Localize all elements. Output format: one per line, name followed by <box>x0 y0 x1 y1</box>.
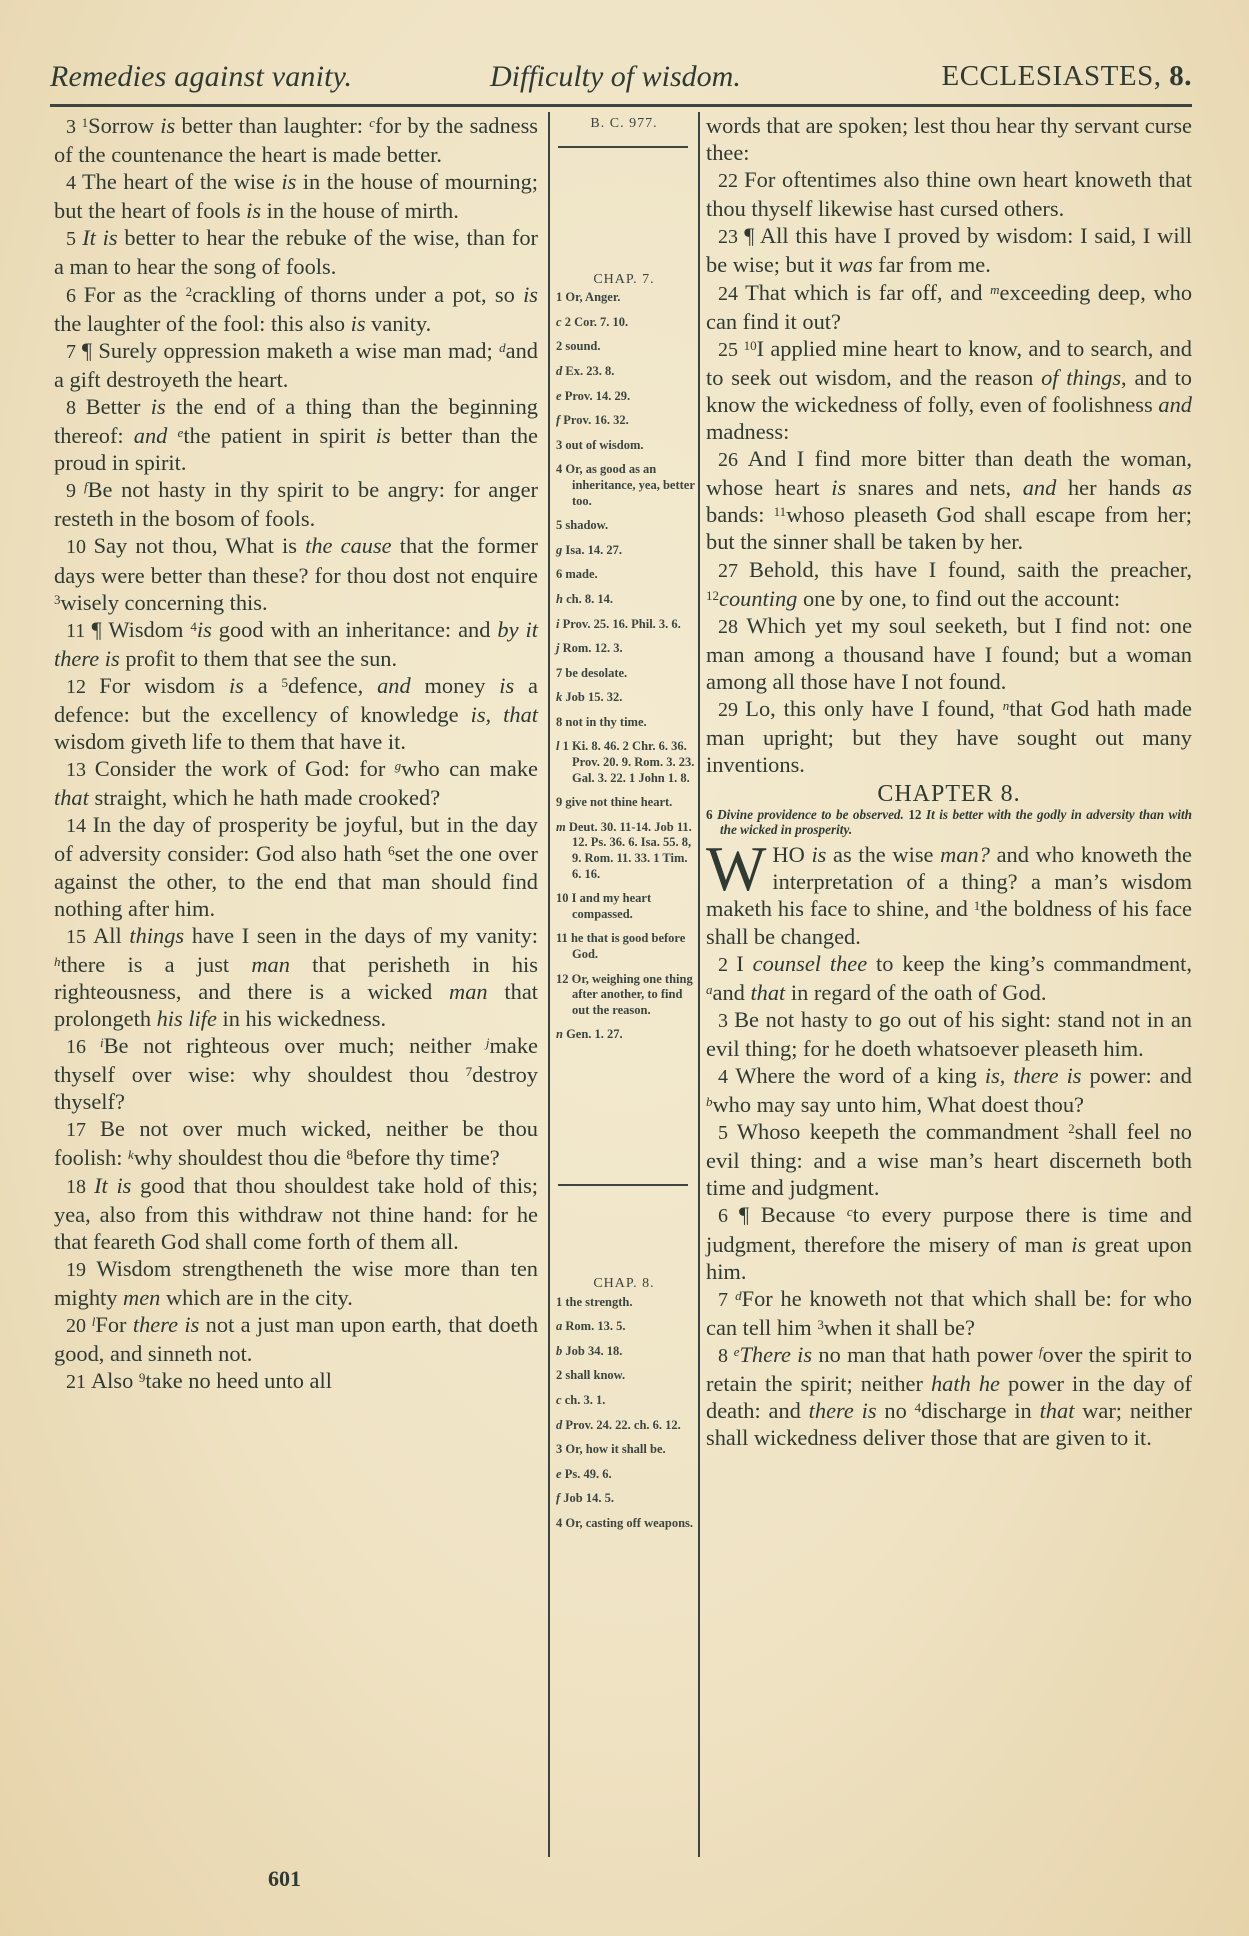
reference-text: shall know. <box>565 1368 625 1382</box>
verse-text: eThere is no man that hath power fover t… <box>706 1342 1192 1450</box>
margin-reference: 1 the strength. <box>552 1295 696 1311</box>
reference-text: be desolate. <box>565 666 627 680</box>
margin-reference: k Job 15. 32. <box>552 690 696 706</box>
reference-key: 7 <box>556 666 565 680</box>
reference-key: 2 <box>556 1368 565 1382</box>
verse-7-18: 18 It is good that thou shouldest take h… <box>54 1172 538 1255</box>
reference-key: j <box>556 641 563 655</box>
verse-text: That which is far off, and mexceeding de… <box>706 280 1192 334</box>
verse-number: 26 <box>718 449 748 471</box>
verse-text: I counsel thee to keep the king’s comman… <box>706 951 1192 1005</box>
verse-text: HO is as the wise man? and who knoweth t… <box>706 842 1192 948</box>
verse-8-2: 2 I counsel thee to keep the king’s comm… <box>706 950 1192 1006</box>
reference-key: 1 <box>556 290 565 304</box>
verse-number: 5 <box>718 1122 737 1144</box>
verse-text: Wisdom strengtheneth the wise more than … <box>54 1256 538 1310</box>
margin-reference: 5 shadow. <box>552 518 696 534</box>
chapter8-summary: 6 Divine providence to be observed. 12 I… <box>706 808 1192 837</box>
verse-text: It is better to hear the rebuke of the w… <box>54 225 538 279</box>
verse-number: 16 <box>66 1036 100 1058</box>
verse-text: ¶ Surely oppression maketh a wise man ma… <box>54 338 538 392</box>
verse-text: Whoso keepeth the commandment 2shall fee… <box>706 1119 1192 1200</box>
verse-text: Lo, this only have I found, nthat God ha… <box>706 696 1192 777</box>
verse-number: 21 <box>66 1371 91 1393</box>
chap8-references: 1 the strength.a Rom. 13. 5.b Job 34. 18… <box>552 1295 696 1532</box>
reference-text: Rom. 13. 5. <box>565 1319 625 1333</box>
reference-key: d <box>556 364 565 378</box>
margin-reference: 11 he that is good before God. <box>552 931 696 962</box>
margin-reference: 2 sound. <box>552 339 696 355</box>
reference-text: Ps. 49. 6. <box>565 1467 612 1481</box>
verse-7-22: 22 For oftentimes also thine own heart k… <box>706 166 1192 222</box>
verse-7-25: 25 10I applied mine heart to know, and t… <box>706 335 1192 445</box>
verse-text: Behold, this have I found, saith the pre… <box>706 557 1192 611</box>
reference-key: c <box>556 315 565 329</box>
reference-text: Prov. 14. 29. <box>565 389 630 403</box>
verse-text: ¶ Wisdom 4is good with an inheritance: a… <box>54 617 538 671</box>
reference-key: 4 <box>556 462 565 476</box>
reference-text: 2 Cor. 7. 10. <box>565 315 628 329</box>
verse-text: Be not over much wicked, neither be thou… <box>54 1116 538 1170</box>
scanned-page: Remedies against vanity. Difficulty of w… <box>0 0 1249 1936</box>
reference-key: e <box>556 1467 565 1481</box>
reference-text: Or, casting off weapons. <box>565 1516 693 1530</box>
reference-key: 4 <box>556 1516 565 1530</box>
reference-text: Isa. 14. 27. <box>565 543 622 557</box>
verse-number: 3 <box>66 116 82 138</box>
reference-key: m <box>556 820 569 834</box>
verse-7-12: 12 For wisdom is a 5defence, and money i… <box>54 672 538 755</box>
verse-text: 1Sorrow is better than laughter: cfor by… <box>54 113 538 167</box>
margin-reference: h ch. 8. 14. <box>552 592 696 608</box>
reference-text: Prov. 16. 32. <box>563 413 628 427</box>
reference-key: 10 <box>556 891 572 905</box>
chapter8-heading: CHAPTER 8. <box>706 780 1192 808</box>
reference-key: g <box>556 543 565 557</box>
verse-7-9: 9 fBe not hasty in thy spirit to be angr… <box>54 476 538 532</box>
verse-7-3: 3 1Sorrow is better than laughter: cfor … <box>54 112 538 168</box>
verse-number: 14 <box>66 815 93 837</box>
margin-reference: 4 Or, as good as an inheritance, yea, be… <box>552 462 696 509</box>
verse-7-17: 17 Be not over much wicked, neither be t… <box>54 1115 538 1171</box>
verse-text: For wisdom is a 5defence, and money is a… <box>54 673 538 754</box>
reference-key: e <box>556 389 565 403</box>
verse-text: Be not hasty to go out of his sight: sta… <box>706 1007 1192 1061</box>
reference-text: Gen. 1. 27. <box>566 1027 623 1041</box>
reference-text: made. <box>565 567 597 581</box>
verse-number: 13 <box>66 759 95 781</box>
verse-8-3: 3 Be not hasty to go out of his sight: s… <box>706 1006 1192 1062</box>
verse-7-11: 11 ¶ Wisdom 4is good with an inheritance… <box>54 616 538 672</box>
verse-number: 28 <box>718 616 746 638</box>
reference-key: 6 <box>556 567 565 581</box>
verse-number: 24 <box>718 283 745 305</box>
chapter7-verses: 22 For oftentimes also thine own heart k… <box>706 166 1192 778</box>
verse-text: Which yet my soul seeketh, but I find no… <box>706 613 1192 694</box>
verse-7-16: 16 iBe not righteous over much; neither … <box>54 1032 538 1115</box>
verse-7-20: 20 lFor there is not a just man upon ear… <box>54 1311 538 1367</box>
verse-7-21: 21 Also 9take no heed unto all <box>54 1367 538 1396</box>
verse-number: 10 <box>66 536 94 558</box>
margin-reference: b Job 34. 18. <box>552 1344 696 1360</box>
verse-7-15: 15 All things have I seen in the days of… <box>54 922 538 1032</box>
chapter8-verses: 2 I counsel thee to keep the king’s comm… <box>706 950 1192 1452</box>
verse-8-1: WHO is as the wise man? and who knoweth … <box>706 841 1192 949</box>
margin-reference: e Prov. 14. 29. <box>552 389 696 405</box>
column-divider-right <box>698 112 700 1857</box>
margin-reference: 10 I and my heart compassed. <box>552 891 696 922</box>
verse-number: 2 <box>718 954 736 976</box>
verse-text: 10I applied mine heart to know, and to s… <box>706 336 1192 444</box>
reference-text: Job 34. 18. <box>565 1344 622 1358</box>
date-label: B. C. 977. <box>552 116 696 132</box>
verse-number: 11 <box>66 620 92 642</box>
verse-8-4: 4 Where the word of a king is, there is … <box>706 1062 1192 1118</box>
column-divider-left <box>548 112 550 1857</box>
margin-reference: d Ex. 23. 8. <box>552 364 696 380</box>
verse-7-4: 4 The heart of the wise is in the house … <box>54 168 538 224</box>
reference-key: b <box>556 1344 565 1358</box>
reference-key: 8 <box>556 715 565 729</box>
verse-number: 29 <box>718 699 745 721</box>
reference-key: 11 <box>556 931 571 945</box>
verse-7-26: 26 And I find more bitter than death the… <box>706 445 1192 555</box>
verse-number: 19 <box>66 1259 96 1281</box>
margin-reference: 3 out of wisdom. <box>552 438 696 454</box>
margin-reference: f Job 14. 5. <box>552 1491 696 1507</box>
margin-reference: 8 not in thy time. <box>552 715 696 731</box>
reference-key: n <box>556 1027 566 1041</box>
verse-number: 9 <box>66 480 84 502</box>
verse-7-8: 8 Better is the end of a thing than the … <box>54 393 538 476</box>
reference-key: 3 <box>556 438 565 452</box>
reference-text: 1 Ki. 8. 46. 2 Chr. 6. 36. Prov. 20. 9. … <box>563 739 695 784</box>
left-text-column: 3 1Sorrow is better than laughter: cfor … <box>54 112 538 1396</box>
verse-number: 6 <box>718 1205 739 1227</box>
header-chapter: 8. <box>1169 60 1192 92</box>
verse-7-5: 5 It is better to hear the rebuke of the… <box>54 224 538 280</box>
chap8-label: CHAP. 8. <box>552 1276 696 1292</box>
verse-text: And I find more bitter than death the wo… <box>706 446 1192 554</box>
verse-text: The heart of the wise is in the house of… <box>54 169 538 223</box>
margin-reference: d Prov. 24. 22. ch. 6. 12. <box>552 1418 696 1434</box>
margin-reference: 7 be desolate. <box>552 666 696 682</box>
reference-text: Ex. 23. 8. <box>565 364 614 378</box>
verse-7-23: 23 ¶ All this have I proved by wisdom: I… <box>706 222 1192 278</box>
reference-key: 1 <box>556 1295 565 1309</box>
margin-reference: e Ps. 49. 6. <box>552 1467 696 1483</box>
reference-text: Deut. 30. 11-14. Job 11. 12. Ps. 36. 6. … <box>569 820 692 881</box>
margin-reference: a Rom. 13. 5. <box>552 1319 696 1335</box>
margin-reference: 9 give not thine heart. <box>552 795 696 811</box>
reference-text: I and my heart compassed. <box>572 891 652 921</box>
reference-text: Or, how it shall be. <box>565 1442 665 1456</box>
reference-text: give not thine heart. <box>565 795 672 809</box>
reference-text: Job 15. 32. <box>565 690 622 704</box>
header-left-title: Remedies against vanity. <box>50 60 352 94</box>
reference-text: Prov. 24. 22. ch. 6. 12. <box>565 1418 680 1432</box>
verse-text: Where the word of a king is, there is po… <box>706 1063 1192 1117</box>
margin-reference: 1 Or, Anger. <box>552 290 696 306</box>
verse-number: 17 <box>66 1119 100 1141</box>
reference-text: ch. 3. 1. <box>565 1393 606 1407</box>
chap7-label: CHAP. 7. <box>552 272 696 288</box>
reference-key: l <box>556 739 563 753</box>
reference-key: 12 <box>556 972 572 986</box>
verse-number: 8 <box>718 1345 734 1367</box>
reference-text: out of wisdom. <box>565 438 643 452</box>
verse-7-14: 14 In the day of prosperity be joyful, b… <box>54 811 538 921</box>
margin-reference: n Gen. 1. 27. <box>552 1027 696 1043</box>
margin-reference: 3 Or, how it shall be. <box>552 1442 696 1458</box>
verse-7-29: 29 Lo, this only have I found, nthat God… <box>706 695 1192 778</box>
verse-8-7: 7 dFor he knoweth not that which shall b… <box>706 1285 1192 1341</box>
verse-8-5: 5 Whoso keepeth the commandment 2shall f… <box>706 1118 1192 1201</box>
verse-number: 7 <box>66 341 82 363</box>
verse-number: 3 <box>718 1010 734 1032</box>
verse-7-19: 19 Wisdom strengtheneth the wise more th… <box>54 1255 538 1311</box>
verse-8-6: 6 ¶ Because cto every purpose there is t… <box>706 1201 1192 1284</box>
reference-text: he that is good before God. <box>571 931 685 961</box>
verse-number: 27 <box>718 560 749 582</box>
verse-text: fBe not hasty in thy spirit to be angry:… <box>54 477 538 531</box>
verse-7-6: 6 For as the 2crackling of thorns under … <box>54 281 538 337</box>
verse-number: 25 <box>718 339 744 361</box>
margin-reference: 12 Or, weighing one thing after another,… <box>552 972 696 1019</box>
header-book-chapter: ECCLESIASTES, 8. <box>942 60 1193 93</box>
reference-key: k <box>556 690 565 704</box>
verse-7-28: 28 Which yet my soul seeketh, but I find… <box>706 612 1192 695</box>
margin-reference: g Isa. 14. 27. <box>552 543 696 559</box>
margin-reference: 2 shall know. <box>552 1368 696 1384</box>
right-text-column: words that are spoken; lest thou hear th… <box>706 112 1192 1451</box>
reference-key: 9 <box>556 795 565 809</box>
verse-number: 18 <box>66 1176 94 1198</box>
verse-text: For as the 2crackling of thorns under a … <box>54 282 538 336</box>
verse-number: 20 <box>66 1315 92 1337</box>
verse-text: ¶ All this have I proved by wisdom: I sa… <box>706 223 1192 277</box>
margin-reference: m Deut. 30. 11-14. Job 11. 12. Ps. 36. 6… <box>552 820 696 882</box>
reference-text: the strength. <box>565 1295 632 1309</box>
drop-cap: W <box>706 843 766 895</box>
verse-number: 4 <box>718 1066 735 1088</box>
reference-key: c <box>556 1393 565 1407</box>
verse-continuation: words that are spoken; lest thou hear th… <box>706 112 1192 166</box>
reference-key: d <box>556 1418 565 1432</box>
margin-reference: j Rom. 12. 3. <box>552 641 696 657</box>
reference-text: not in thy time. <box>565 715 646 729</box>
verse-text: Better is the end of a thing than the be… <box>54 394 538 475</box>
reference-text: Job 14. 5. <box>563 1491 614 1505</box>
reference-text: ch. 8. 14. <box>566 592 613 606</box>
verse-number: 7 <box>718 1289 735 1311</box>
header-book: ECCLESIASTES, <box>942 60 1162 92</box>
verse-8-8: 8 eThere is no man that hath power fover… <box>706 1341 1192 1451</box>
running-header: Remedies against vanity. Difficulty of w… <box>50 56 1192 102</box>
verse-number: 4 <box>66 172 82 194</box>
verse-text: dFor he knoweth not that which shall be:… <box>706 1286 1192 1340</box>
verse-text: It is good that thou shouldest take hold… <box>54 1173 538 1254</box>
verse-text: Also 9take no heed unto all <box>91 1368 332 1393</box>
verse-number: 12 <box>66 676 99 698</box>
verse-number: 23 <box>718 226 744 248</box>
reference-key: 5 <box>556 518 565 532</box>
verse-number: 22 <box>718 170 744 192</box>
chap7-references: 1 Or, Anger.c 2 Cor. 7. 10.2 sound.d Ex.… <box>552 290 696 1043</box>
margin-reference: i Prov. 25. 16. Phil. 3. 6. <box>552 617 696 633</box>
verse-text: ¶ Because cto every purpose there is tim… <box>706 1202 1192 1283</box>
verse-text: lFor there is not a just man upon earth,… <box>54 1312 538 1366</box>
margin-reference: l 1 Ki. 8. 46. 2 Chr. 6. 36. Prov. 20. 9… <box>552 739 696 786</box>
verse-text: In the day of prosperity be joyful, but … <box>54 812 538 920</box>
verse-number: 6 <box>66 285 84 307</box>
verse-text: For oftentimes also thine own heart know… <box>706 167 1192 221</box>
verse-number: 5 <box>66 228 82 250</box>
reference-text: Prov. 25. 16. Phil. 3. 6. <box>563 617 681 631</box>
reference-key: 2 <box>556 339 565 353</box>
reference-key: i <box>556 617 563 631</box>
margin-reference: 4 Or, casting off weapons. <box>552 1516 696 1532</box>
margin-reference: f Prov. 16. 32. <box>552 413 696 429</box>
margin-reference: c 2 Cor. 7. 10. <box>552 315 696 331</box>
reference-key: 3 <box>556 1442 565 1456</box>
reference-text: Or, Anger. <box>565 290 620 304</box>
verse-text: iBe not righteous over much; neither jma… <box>54 1033 538 1114</box>
reference-key: a <box>556 1319 565 1333</box>
page-number: 601 <box>268 1866 301 1892</box>
margin-reference: 6 made. <box>552 567 696 583</box>
verse-text: Say not thou, What is the cause that the… <box>54 533 538 614</box>
reference-text: shadow. <box>565 518 608 532</box>
verse-number: 15 <box>66 926 93 948</box>
header-mid-title: Difficulty of wisdom. <box>490 60 741 94</box>
verse-7-27: 27 Behold, this have I found, saith the … <box>706 556 1192 612</box>
verse-7-7: 7 ¶ Surely oppression maketh a wise man … <box>54 337 538 393</box>
center-reference-column: B. C. 977. CHAP. 7. 1 Or, Anger.c 2 Cor.… <box>552 112 696 1541</box>
margin-reference: c ch. 3. 1. <box>552 1393 696 1409</box>
verse-7-24: 24 That which is far off, and mexceeding… <box>706 279 1192 335</box>
reference-text: Rom. 12. 3. <box>563 641 623 655</box>
reference-key: h <box>556 592 566 606</box>
reference-text: Or, weighing one thing after another, to… <box>572 972 693 1017</box>
verse-number: 8 <box>66 397 86 419</box>
verse-7-10: 10 Say not thou, What is the cause that … <box>54 532 538 615</box>
verse-text: All things have I seen in the days of my… <box>54 923 538 1031</box>
verse-7-13: 13 Consider the work of God: for gwho ca… <box>54 755 538 811</box>
verse-text: Consider the work of God: for gwho can m… <box>54 756 538 810</box>
reference-text: sound. <box>565 339 600 353</box>
reference-text: Or, as good as an inheritance, yea, bett… <box>565 462 694 507</box>
header-rule <box>50 104 1192 107</box>
